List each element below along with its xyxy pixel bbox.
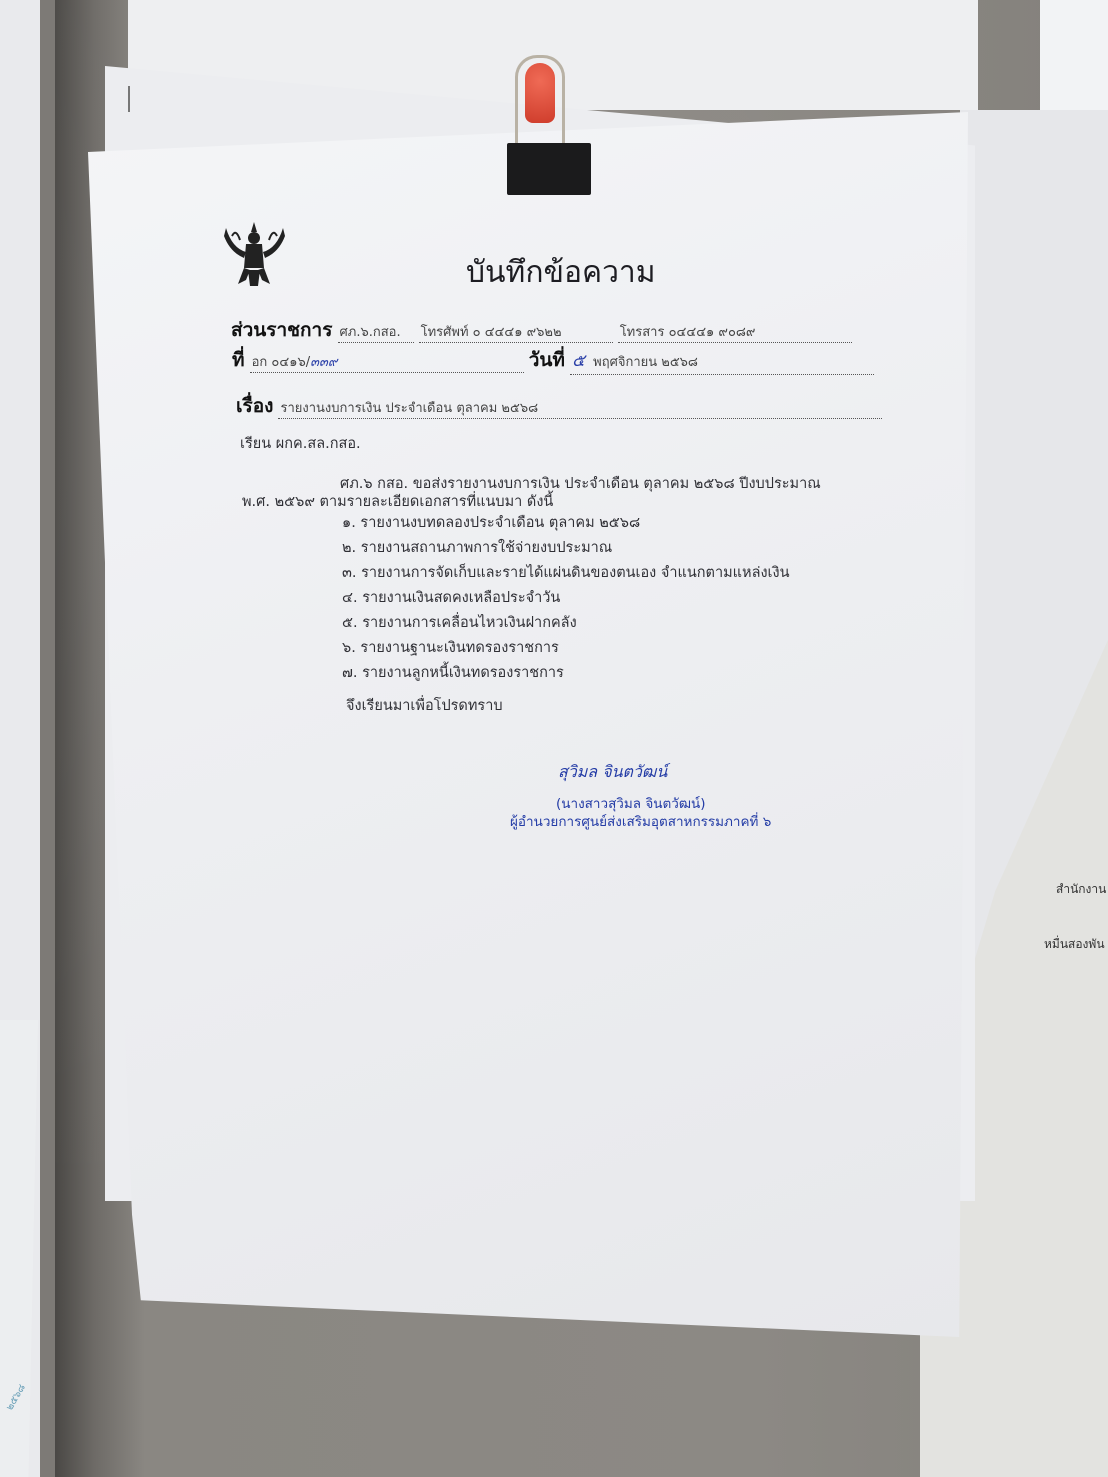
attachment-item: ๗. รายงานลูกหนี้เงินทดรองราชการ — [342, 661, 564, 684]
body-paragraph-line-2: พ.ศ. ๒๕๖๙ ตามรายละเอียดเอกสารที่แนบมา ดั… — [242, 490, 553, 513]
attachment-item: ๔. รายงานเงินสดคงเหลือประจำวัน — [342, 586, 560, 609]
reference-prefix: อก ๐๔๑๖/ — [252, 355, 310, 370]
subject-value: รายงานงบการเงิน ประจำเดือน ตุลาคม ๒๕๖๘ — [278, 397, 882, 419]
addressee-line: เรียน ผกค.สล.กสอ. — [240, 432, 361, 455]
fax-value: ๐๔๔๔๑ ๙๐๘๙ — [669, 325, 756, 340]
reference-number-handwritten: ๓๓๙ — [310, 355, 337, 370]
memo-document: บันทึกข้อความ ส่วนราชการ ศภ.๖.กสอ. โทรศั… — [0, 0, 1108, 1477]
date-label: วันที่ — [529, 349, 565, 371]
agency-row: ส่วนราชการ ศภ.๖.กสอ. โทรศัพท์ ๐ ๔๔๔๑ ๙๖๒… — [231, 315, 852, 345]
reference-label: ที่ — [232, 349, 245, 371]
fax-label: โทรสาร — [620, 325, 665, 340]
attachment-item: ๕. รายงานการเคลื่อนไหวเงินฝากคลัง — [342, 611, 577, 634]
attachment-item: ๓. รายงานการจัดเก็บและรายได้แผ่นดินของตน… — [342, 561, 789, 584]
agency-label: ส่วนราชการ — [231, 319, 332, 341]
agency-value: ศภ.๖.กสอ. — [338, 321, 414, 343]
signer-position: ผู้อำนวยการศูนย์ส่งเสริมอุตสาหกรรมภาคที่… — [510, 810, 771, 832]
memo-title: บันทึกข้อความ — [466, 249, 656, 296]
reference-date-row: ที่ อก ๐๔๑๖/๓๓๙ วันที่ ๕ พฤศจิกายน ๒๕๖๘ — [232, 345, 874, 375]
date-day-handwritten: ๕ — [572, 351, 585, 371]
phone-label: โทรศัพท์ — [421, 325, 469, 340]
handwritten-signature: สุวิมล จินตวัฒน์ — [558, 760, 667, 785]
subject-label: เรื่อง — [236, 395, 273, 417]
subject-row: เรื่อง รายงานงบการเงิน ประจำเดือน ตุลาคม… — [236, 391, 882, 421]
date-month-year: พฤศจิกายน ๒๕๖๘ — [593, 355, 698, 370]
attachment-item: ๑. รายงานงบทดลองประจำเดือน ตุลาคม ๒๕๖๘ — [342, 511, 640, 534]
attachment-item: ๒. รายงานสถานภาพการใช้จ่ายงบประมาณ — [342, 536, 612, 559]
attachment-item: ๖. รายงานฐานะเงินทดรองราชการ — [342, 636, 559, 659]
phone-value: ๐ ๔๔๔๑ ๙๖๒๒ — [473, 325, 562, 340]
closing-line: จึงเรียนมาเพื่อโปรดทราบ — [346, 694, 503, 717]
garuda-emblem-icon — [222, 218, 287, 288]
